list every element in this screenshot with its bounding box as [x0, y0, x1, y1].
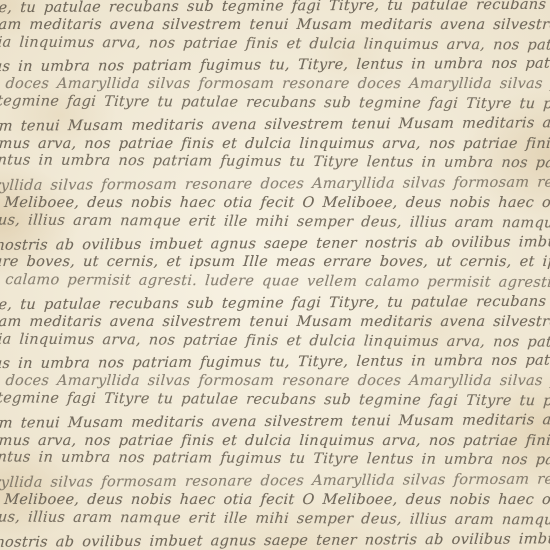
handwriting-line: Tityre, lentus in umbra nos patriam fugi… [0, 53, 550, 76]
handwriting-line: Tityre, tu patulae recubans sub tegmine … [0, 291, 550, 314]
handwriting-lines: Tityre, tu patulae recubans sub tegmine … [0, 0, 550, 550]
handwriting-line: et dulcia linquimus arva, nos patriae fi… [0, 331, 550, 352]
handwriting-line: Amaryllida silvas formosam resonare doce… [0, 172, 550, 194]
handwriting-line: Ille meas errare boves, ut cernis, et ip… [0, 254, 550, 270]
manuscript-page: Tityre, tu patulae recubans sub tegmine … [0, 0, 550, 550]
handwriting-line: resonare doces Amaryllida silvas formosa… [0, 76, 550, 92]
handwriting-line: Amaryllida silvas formosam resonare doce… [0, 469, 550, 491]
handwriting-line: linquimus arva, nos patriae finis et dul… [0, 433, 550, 449]
handwriting-line: Musam meditaris avena silvestrem tenui M… [0, 314, 550, 330]
handwriting-line: ludere quae vellem calamo permisit agres… [0, 271, 550, 293]
handwriting-line: O Meliboee, deus nobis haec otia fecit O… [0, 492, 550, 508]
handwriting-line: O Meliboee, deus nobis haec otia fecit O… [0, 195, 550, 211]
handwriting-line: semper deus, illius aram namque erit ill… [0, 509, 550, 531]
handwriting-line: saepe tener nostris ab ovilibus imbuet a… [0, 231, 550, 254]
handwriting-line: silvestrem tenui Musam meditaris avena s… [0, 113, 550, 135]
handwriting-line: Tityre, lentus in umbra nos patriam fugi… [0, 350, 550, 373]
handwriting-line: Tityre lentus in umbra nos patriam fugim… [0, 449, 550, 471]
handwriting-line: Musam meditaris avena silvestrem tenui M… [0, 17, 550, 33]
handwriting-line: silvestrem tenui Musam meditaris avena s… [0, 410, 550, 432]
handwriting-line: sub tegmine fagi Tityre tu patulae recub… [0, 93, 550, 115]
handwriting-line: Tityre lentus in umbra nos patriam fugim… [0, 152, 550, 174]
handwriting-line: et dulcia linquimus arva, nos patriae fi… [0, 34, 550, 55]
handwriting-line: saepe tener nostris ab ovilibus imbuet a… [0, 528, 550, 550]
handwriting-line: linquimus arva, nos patriae finis et dul… [0, 136, 550, 152]
handwriting-line: Tityre, tu patulae recubans sub tegmine … [0, 0, 550, 16]
handwriting-line: semper deus, illius aram namque erit ill… [0, 212, 550, 234]
handwriting-line: resonare doces Amaryllida silvas formosa… [0, 373, 550, 389]
handwriting-line: sub tegmine fagi Tityre tu patulae recub… [0, 390, 550, 412]
